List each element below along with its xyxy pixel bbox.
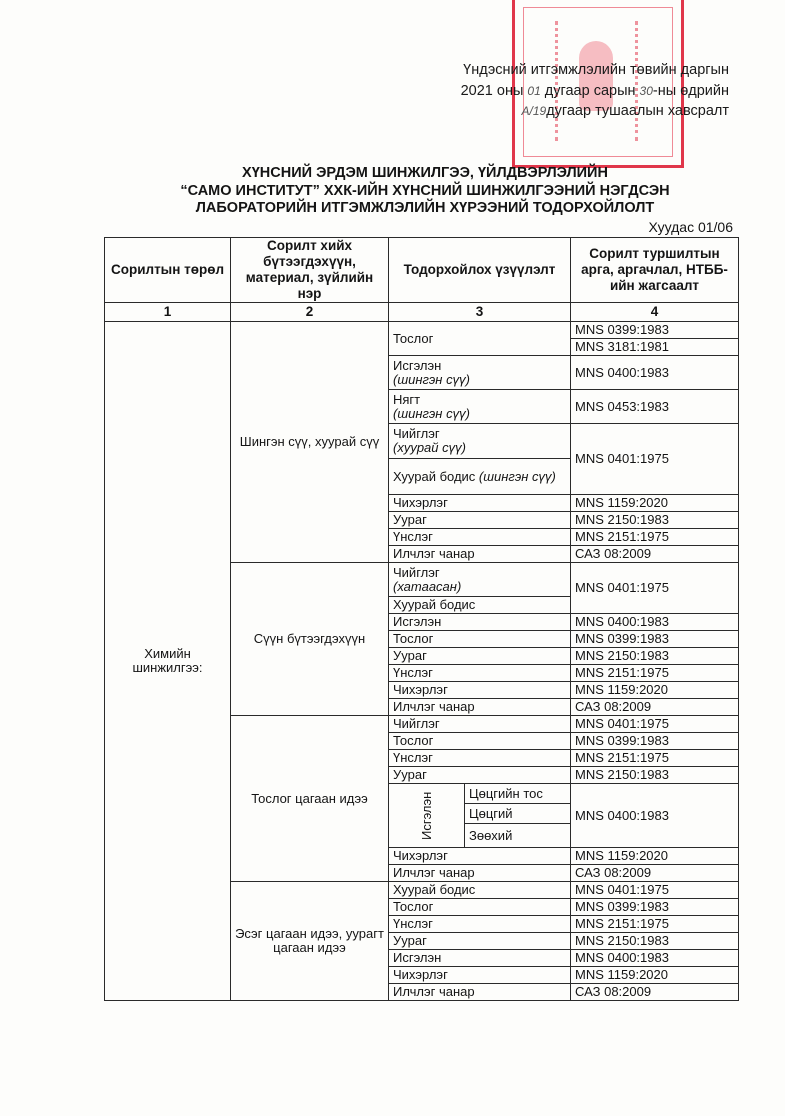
approval-month-text: дугаар сарын bbox=[541, 83, 640, 99]
sub-indicator-cell: Цөцгийн тос bbox=[465, 784, 571, 804]
indicator-text: Исгэлэн bbox=[393, 359, 566, 373]
accreditation-scope-table: Сорилтын төрөл Сорилт хийх бүтээгдэхүүн,… bbox=[104, 237, 739, 1001]
method-cell: MNS 0399:1983 bbox=[571, 899, 739, 916]
indicator-cell: Үнслэг bbox=[389, 916, 571, 933]
indicator-text: Нягт bbox=[393, 393, 566, 407]
indicator-note: (шингэн сүү) bbox=[393, 373, 566, 387]
column-number: 4 bbox=[571, 303, 739, 322]
method-cell: MNS 1159:2020 bbox=[571, 682, 739, 699]
indicator-cell: Уураг bbox=[389, 767, 571, 784]
method-cell: MNS 2150:1983 bbox=[571, 648, 739, 665]
approval-day-text: -ны өдрийн bbox=[653, 83, 729, 99]
indicator-cell: Үнслэг bbox=[389, 665, 571, 682]
method-cell: MNS 2151:1975 bbox=[571, 529, 739, 546]
method-cell: САЗ 08:2009 bbox=[571, 865, 739, 882]
indicator-cell: Хуурай бодис (шингэн сүү) bbox=[389, 459, 571, 495]
method-cell: MNS 0401:1975 bbox=[571, 882, 739, 899]
document-title: ХҮНСНИЙ ЭРДЭМ ШИНЖИЛГЭЭ, ҮЙЛДВЭРЛЭЛИЙН “… bbox=[100, 165, 750, 218]
sub-indicator-cell: Цөцгий bbox=[465, 804, 571, 824]
indicator-text: Чийглэг bbox=[393, 427, 566, 441]
indicator-cell: Уураг bbox=[389, 933, 571, 950]
header-product: Сорилт хийх бүтээгдэхүүн, материал, зүйл… bbox=[231, 238, 389, 303]
indicator-cell: Хуурай бодис bbox=[389, 882, 571, 899]
approval-line-2: 2021 оны 01 дугаар сарын 30-ны өдрийн bbox=[461, 81, 729, 102]
indicator-cell: Илчлэг чанар bbox=[389, 865, 571, 882]
indicator-note: (хуурай сүү) bbox=[393, 441, 566, 455]
indicator-cell: Илчлэг чанар bbox=[389, 546, 571, 563]
product-cell: Шингэн сүү, хуурай сүү bbox=[231, 322, 389, 563]
approval-year: 2021 оны bbox=[461, 83, 528, 99]
indicator-cell: Тослог bbox=[389, 322, 571, 356]
column-number: 1 bbox=[105, 303, 231, 322]
title-line-3: ЛАБОРАТОРИЙН ИТГЭМЖЛЭЛИЙН ХҮРЭЭНИЙ ТОДОР… bbox=[100, 200, 750, 218]
header-test-type: Сорилтын төрөл bbox=[105, 238, 231, 303]
method-cell: MNS 2151:1975 bbox=[571, 665, 739, 682]
method-cell: MNS 0400:1983 bbox=[571, 356, 739, 390]
indicator-cell: Тослог bbox=[389, 733, 571, 750]
title-line-2: “САМО ИНСТИТУТ” ХХК-ИЙН ХҮНСНИЙ ШИНЖИЛГЭ… bbox=[100, 183, 750, 201]
indicator-note: (шингэн сүү) bbox=[479, 469, 556, 484]
test-type-cell: Химийн шинжилгээ: bbox=[105, 322, 231, 1001]
approval-note: Үндэсний итгэмжлэлийн төвийн даргын 2021… bbox=[461, 60, 729, 122]
indicator-cell: Нягт(шингэн сүү) bbox=[389, 390, 571, 424]
method-cell: САЗ 08:2009 bbox=[571, 984, 739, 1001]
method-cell: MNS 2150:1983 bbox=[571, 933, 739, 950]
indicator-cell: Чийглэг(хуурай сүү) bbox=[389, 424, 571, 459]
indicator-note: (хатаасан) bbox=[393, 580, 566, 594]
indicator-cell: Чийглэг(хатаасан) bbox=[389, 563, 571, 597]
header-method: Сорилт туршилтын арга, аргачлал, НТББ-ий… bbox=[571, 238, 739, 303]
indicator-text: Хуурай бодис bbox=[393, 469, 479, 484]
indicator-note: (шингэн сүү) bbox=[393, 407, 566, 421]
column-number-row: 1 2 3 4 bbox=[105, 303, 739, 322]
method-cell: MNS 0400:1983 bbox=[571, 614, 739, 631]
title-line-1: ХҮНСНИЙ ЭРДЭМ ШИНЖИЛГЭЭ, ҮЙЛДВЭРЛЭЛИЙН bbox=[100, 165, 750, 183]
method-cell: MNS 0453:1983 bbox=[571, 390, 739, 424]
handwritten-month: 01 bbox=[527, 84, 540, 98]
method-cell: MNS 0401:1975 bbox=[571, 563, 739, 614]
method-cell: MNS 0401:1975 bbox=[571, 424, 739, 495]
indicator-cell: Тослог bbox=[389, 899, 571, 916]
method-cell: MNS 2151:1975 bbox=[571, 750, 739, 767]
indicator-cell: Илчлэг чанар bbox=[389, 699, 571, 716]
page-number: Хуудас 01/06 bbox=[649, 219, 733, 235]
indicator-cell-rotated: Исгэлэн bbox=[389, 784, 465, 848]
product-cell: Тослог цагаан идээ bbox=[231, 716, 389, 882]
method-cell: MNS 2150:1983 bbox=[571, 512, 739, 529]
method-cell: MNS 1159:2020 bbox=[571, 967, 739, 984]
method-cell: MNS 0399:1983 bbox=[571, 631, 739, 648]
method-cell: MNS 2150:1983 bbox=[571, 767, 739, 784]
method-cell: MNS 0399:1983 bbox=[571, 733, 739, 750]
method-cell: MNS 1159:2020 bbox=[571, 848, 739, 865]
indicator-cell: Уураг bbox=[389, 648, 571, 665]
indicator-cell: Исгэлэн bbox=[389, 950, 571, 967]
handwritten-day: 30 bbox=[640, 84, 653, 98]
method-cell: MNS 0400:1983 bbox=[571, 950, 739, 967]
indicator-cell: Үнслэг bbox=[389, 529, 571, 546]
method-cell: MNS 3181:1981 bbox=[571, 339, 739, 356]
indicator-cell: Исгэлэн bbox=[389, 614, 571, 631]
indicator-cell: Исгэлэн(шингэн сүү) bbox=[389, 356, 571, 390]
table-header-row: Сорилтын төрөл Сорилт хийх бүтээгдэхүүн,… bbox=[105, 238, 739, 303]
header-indicator: Тодорхойлох үзүүлэлт bbox=[389, 238, 571, 303]
method-cell: MNS 1159:2020 bbox=[571, 495, 739, 512]
method-cell: САЗ 08:2009 bbox=[571, 546, 739, 563]
product-cell: Сүүн бүтээгдэхүүн bbox=[231, 563, 389, 716]
method-cell: MNS 0400:1983 bbox=[571, 784, 739, 848]
column-number: 3 bbox=[389, 303, 571, 322]
table-row: Химийн шинжилгээ: Шингэн сүү, хуурай сүү… bbox=[105, 322, 739, 339]
indicator-text: Чийглэг bbox=[393, 566, 566, 580]
method-cell: MNS 0401:1975 bbox=[571, 716, 739, 733]
indicator-cell: Хуурай бодис bbox=[389, 597, 571, 614]
method-cell: САЗ 08:2009 bbox=[571, 699, 739, 716]
indicator-cell: Чихэрлэг bbox=[389, 967, 571, 984]
indicator-cell: Чихэрлэг bbox=[389, 495, 571, 512]
indicator-cell: Уураг bbox=[389, 512, 571, 529]
sub-indicator-cell: Зөөхий bbox=[465, 824, 571, 848]
indicator-cell: Тослог bbox=[389, 631, 571, 648]
indicator-cell: Чихэрлэг bbox=[389, 848, 571, 865]
indicator-cell: Чихэрлэг bbox=[389, 682, 571, 699]
method-cell: MNS 0399:1983 bbox=[571, 322, 739, 339]
indicator-cell: Илчлэг чанар bbox=[389, 984, 571, 1001]
indicator-cell: Чийглэг bbox=[389, 716, 571, 733]
handwritten-order-number: А/19 bbox=[522, 104, 547, 118]
approval-line-3: А/19дугаар тушаалын хавсралт bbox=[461, 101, 729, 122]
approval-line-1: Үндэсний итгэмжлэлийн төвийн даргын bbox=[461, 60, 729, 81]
approval-order-text: дугаар тушаалын хавсралт bbox=[546, 103, 729, 119]
product-cell: Эсэг цагаан идээ, уурагт цагаан идээ bbox=[231, 882, 389, 1001]
method-cell: MNS 2151:1975 bbox=[571, 916, 739, 933]
indicator-cell: Үнслэг bbox=[389, 750, 571, 767]
column-number: 2 bbox=[231, 303, 389, 322]
